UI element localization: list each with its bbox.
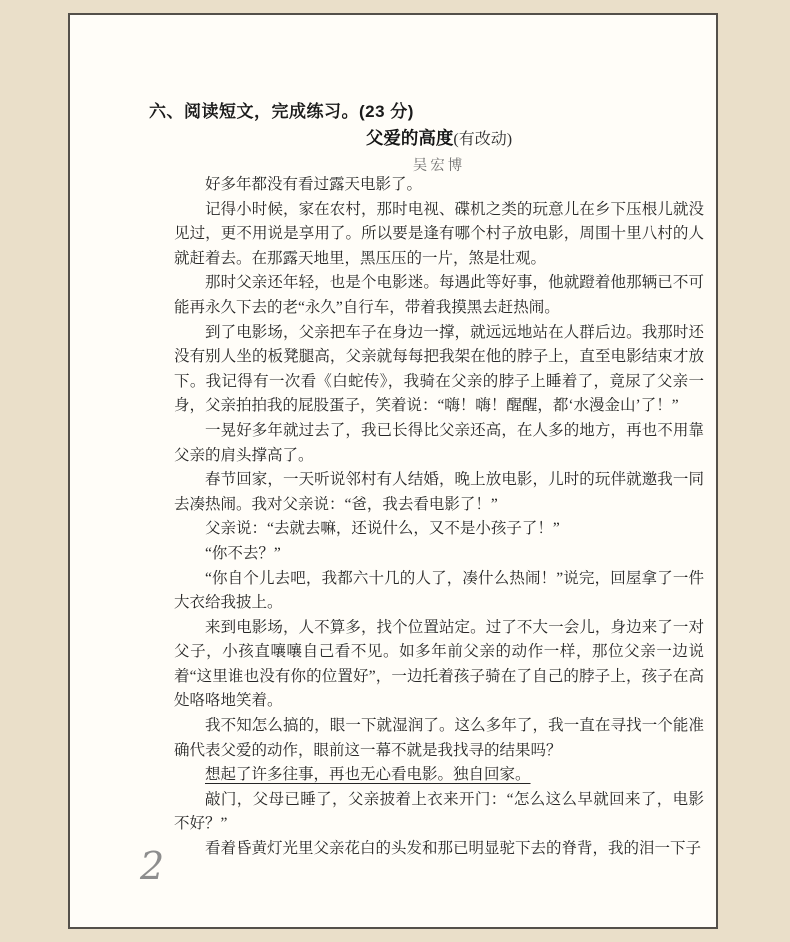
article-paragraph: 我不知怎么搞的，眼一下就湿润了。这么多年了，我一直在寻找一个能准确代表父爱的动作… xyxy=(174,714,704,763)
article-paragraph: 到了电影场，父亲把车子在身边一撑，就远远地站在人群后边。我那时还没有别人坐的板凳… xyxy=(174,321,704,419)
article-paragraph: 那时父亲还年轻，也是个电影迷。每遇此等好事，他就蹬着他那辆已不可能再永久下去的老… xyxy=(174,271,704,320)
article-paragraph: 春节回家，一天听说邻村有人结婚，晚上放电影，儿时的玩伴就邀我一同去凑热闹。我对父… xyxy=(174,468,704,517)
article-paragraph: 父亲说：“去就去嘛，还说什么，又不是小孩子了！” xyxy=(174,517,704,542)
section-header: 六、阅读短文，完成练习。(23 分) xyxy=(149,97,414,122)
article-paragraph: 看着昏黄灯光里父亲花白的头发和那已明显驼下去的脊背，我的泪一下子 xyxy=(174,837,704,862)
scanned-workbook-page: { "page": { "number": "2", "colors": { "… xyxy=(0,0,790,942)
article-paragraph: 记得小时候，家在农村，那时电视、碟机之类的玩意儿在乡下压根儿就没见过，更不用说是… xyxy=(174,198,704,272)
page-number: 2 xyxy=(140,847,164,885)
article-paragraph: “你自个儿去吧，我都六十几的人了，凑什么热闹！”说完，回屋拿了一件大衣给我披上。 xyxy=(174,567,704,616)
article-paragraph: 敲门，父母已睡了，父亲披着上衣来开门：“怎么这么早就回来了，电影不好？” xyxy=(174,788,704,837)
article-title: 父爱的高度 xyxy=(366,128,454,148)
article-paragraph: 好多年都没有看过露天电影了。 xyxy=(174,173,704,198)
article-author: 吴宏博 xyxy=(174,154,704,175)
article-paragraph-underlined: 想起了许多往事，再也无心看电影。独自回家。 xyxy=(174,763,704,788)
article-paragraph: “你不去？” xyxy=(174,542,704,567)
article-paragraph: 来到电影场，人不算多，找个位置站定。过了不大一会儿，身边来了一对父子，小孩直嚷嚷… xyxy=(174,616,704,714)
article-body: 好多年都没有看过露天电影了。 记得小时候，家在农村，那时电视、碟机之类的玩意儿在… xyxy=(174,173,704,862)
article-title-note: (有改动) xyxy=(453,131,512,148)
article-title-row: 父爱的高度(有改动) xyxy=(174,125,704,150)
book-page: 六、阅读短文，完成练习。(23 分) 父爱的高度(有改动) 吴宏博 好多年都没有… xyxy=(68,13,718,929)
article-paragraph: 一晃好多年就过去了，我已长得比父亲还高，在人多的地方，再也不用靠父亲的肩头撑高了… xyxy=(174,419,704,468)
